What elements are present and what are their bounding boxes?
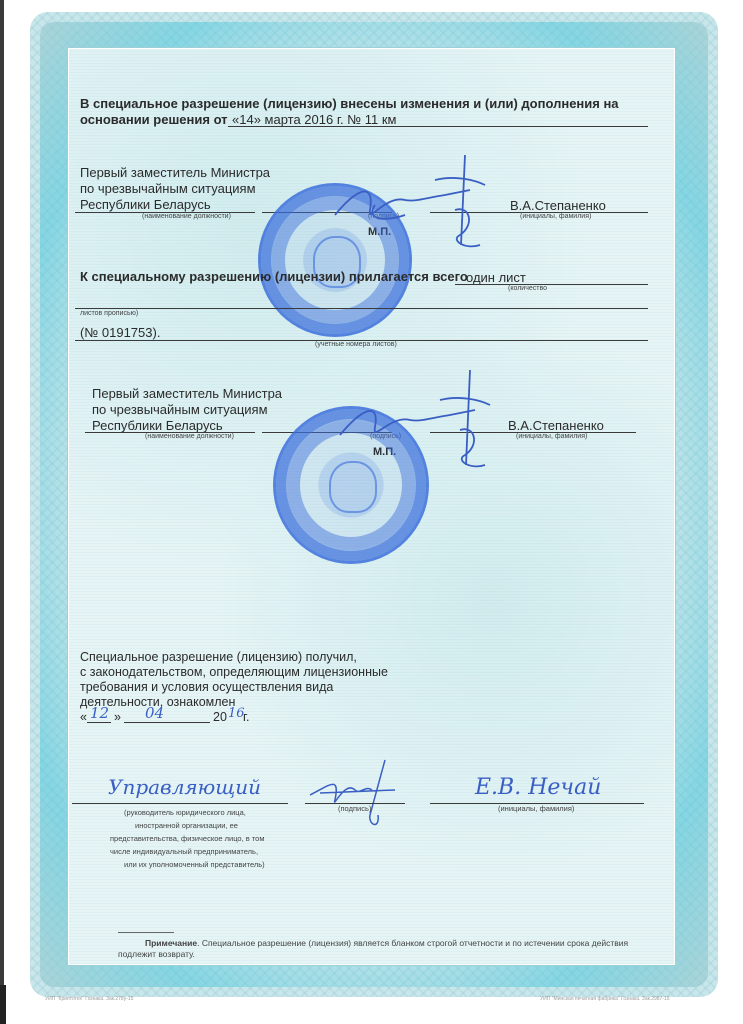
count-underline bbox=[455, 284, 648, 285]
name-caption: (инициалы, фамилия) bbox=[520, 213, 591, 220]
name-caption: (инициалы, фамилия) bbox=[516, 433, 587, 440]
month-underline bbox=[124, 722, 210, 723]
receipt-line: с законодательством, определяющим лиценз… bbox=[80, 665, 388, 680]
position-caption: (наименование должности) bbox=[142, 213, 231, 220]
holder-caption: иностранной организации, ее bbox=[135, 821, 238, 830]
date-open-quote: « bbox=[80, 710, 87, 725]
position-line: по чрезвычайным ситуациям bbox=[92, 402, 268, 417]
count-caption: (количество bbox=[508, 285, 547, 292]
position-line: Республики Беларусь bbox=[80, 197, 211, 212]
date-month: 04 bbox=[145, 704, 164, 722]
holder-name-caption: (инициалы, фамилия) bbox=[498, 804, 574, 813]
signer-name: В.А.Степаненко bbox=[510, 198, 606, 213]
position-caption: (наименование должности) bbox=[145, 433, 234, 440]
holder-caption: представительства, физическое лицо, в то… bbox=[110, 834, 265, 843]
attachment-count: один лист bbox=[466, 270, 526, 285]
holder-caption: числе индивидуальный предприниматель, bbox=[110, 847, 258, 856]
holder-position-underline bbox=[72, 803, 288, 804]
note-text-line-2: подлежит возврату. bbox=[118, 949, 195, 959]
holder-signature-caption: (подпись) bbox=[338, 804, 371, 813]
sheet-numbers-caption: (учетные номера листов) bbox=[315, 341, 397, 348]
sheet-numbers: (№ 0191753). bbox=[80, 325, 160, 340]
printer-imprint-right: УИП "Минская печатная фабрика" Гознака. … bbox=[540, 996, 670, 1002]
note-text: Примечание. Специальное разрешение (лице… bbox=[145, 938, 628, 948]
note-rule bbox=[118, 932, 174, 933]
holder-name-handwritten: Е.В. Нечай bbox=[475, 775, 601, 800]
count-caption-cont: листов прописью) bbox=[80, 310, 138, 317]
holder-caption: или их уполномоченный представитель) bbox=[124, 860, 265, 869]
scan-edge-bottom bbox=[0, 985, 6, 1024]
position-line: Республики Беларусь bbox=[92, 418, 223, 433]
amendment-line-2-label: основании решения от bbox=[80, 112, 228, 128]
date-close-quote: » bbox=[114, 710, 121, 725]
count-continuation-underline bbox=[75, 308, 648, 309]
state-emblem-icon bbox=[329, 461, 377, 513]
attachment-label: К специальному разрешению (лицензии) при… bbox=[80, 269, 468, 285]
date-year-end: г. bbox=[243, 710, 250, 725]
note-text-line-1: . Специальное разрешение (лицензия) явля… bbox=[197, 938, 628, 948]
signer-name: В.А.Степаненко bbox=[508, 418, 604, 433]
date-year-prefix: 20 bbox=[213, 710, 227, 725]
day-underline bbox=[87, 722, 111, 723]
receipt-line: Специальное разрешение (лицензию) получи… bbox=[80, 650, 357, 665]
note-label: Примечание bbox=[145, 938, 197, 948]
holder-position-handwritten: Управляющий bbox=[108, 775, 261, 799]
position-line: Первый заместитель Министра bbox=[92, 386, 282, 401]
position-line: Первый заместитель Министра bbox=[80, 165, 270, 180]
decision-underline bbox=[228, 126, 648, 127]
holder-caption: (руководитель юридического лица, bbox=[124, 808, 246, 817]
official-seal bbox=[258, 183, 412, 337]
scan-edge bbox=[0, 0, 4, 1024]
official-seal bbox=[273, 406, 429, 564]
date-day: 12 bbox=[90, 704, 109, 722]
decision-value: «14» марта 2016 г. № 11 км bbox=[232, 112, 397, 127]
amendment-line-1: В специальное разрешение (лицензию) внес… bbox=[80, 96, 619, 112]
position-line: по чрезвычайным ситуациям bbox=[80, 181, 256, 196]
receipt-line: требования и условия осуществления вида bbox=[80, 680, 333, 695]
printer-imprint-left: УИП "Криптотех" Гознака. Зак.278у-15 bbox=[45, 996, 133, 1002]
